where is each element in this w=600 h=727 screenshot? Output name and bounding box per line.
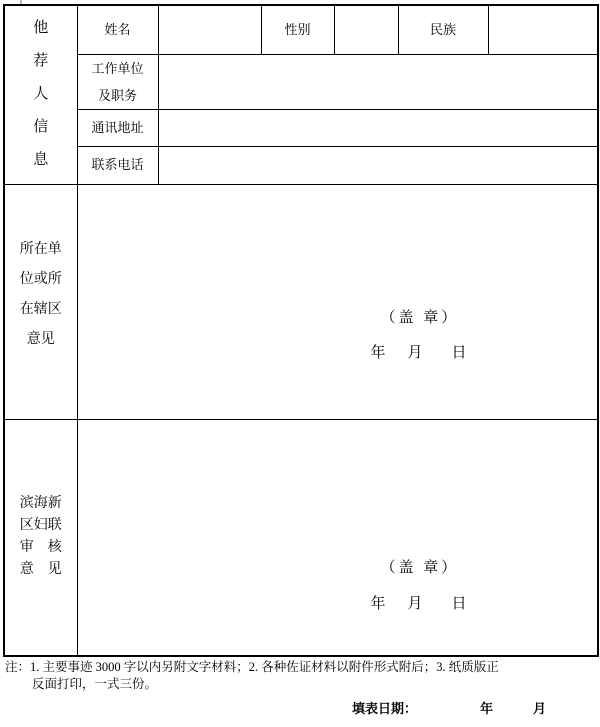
unit-opinion-label-line: 意见 xyxy=(5,325,77,355)
fulian-review-content-cell[interactable]: （盖 章） 年月日 xyxy=(77,419,598,656)
fill-date-line: 填表日期：年月 xyxy=(352,698,546,717)
recommender-info-section-label-cell: 他 荐 人 信 息 xyxy=(4,5,77,184)
name-label: 姓名 xyxy=(77,5,158,54)
month-label: 月 xyxy=(408,345,423,361)
vertical-label-char: 信 xyxy=(33,120,48,135)
work-unit-label-line1: 工作单位 xyxy=(78,55,158,82)
phone-value-cell[interactable] xyxy=(158,146,598,184)
unit-opinion-label-line: 所在单 xyxy=(5,235,77,265)
fulian-review-label-line: 滨海新 xyxy=(5,493,77,515)
footnote-line1: 注：1. 主要事迹 3000 字以内另附文字材料；2. 各种佐证材料以附件形式附… xyxy=(5,659,499,676)
year-label: 年 xyxy=(371,345,386,361)
unit-seal-placeholder: （盖 章） xyxy=(381,306,460,327)
unit-date-line: 年月日 xyxy=(371,341,467,362)
vertical-label-char: 荐 xyxy=(33,54,48,69)
address-value-cell[interactable] xyxy=(158,109,598,146)
fulian-review-label-line: 区妇联 xyxy=(5,515,77,537)
year-label: 年 xyxy=(371,596,386,612)
vertical-label-char: 他 xyxy=(33,21,48,36)
unit-opinion-content-cell[interactable]: （盖 章） 年月日 xyxy=(77,184,598,419)
fulian-review-label-line: 审 核 xyxy=(5,537,77,559)
gender-value-cell[interactable] xyxy=(334,5,398,54)
name-value-cell[interactable] xyxy=(158,5,261,54)
fulian-date-line: 年月日 xyxy=(371,592,467,613)
address-label: 通讯地址 xyxy=(77,109,158,146)
fulian-review-section-label-cell: 滨海新 区妇联 审 核 意 见 xyxy=(4,419,77,656)
work-unit-value-cell[interactable] xyxy=(158,54,598,109)
vertical-label-char: 息 xyxy=(33,153,48,168)
vertical-label-char: 人 xyxy=(33,87,48,102)
unit-opinion-label-line: 位或所 xyxy=(5,265,77,295)
work-unit-label-cell: 工作单位 及职务 xyxy=(77,54,158,109)
month-label: 月 xyxy=(408,596,423,612)
gender-label: 性别 xyxy=(261,5,334,54)
fill-date-month-label: 月 xyxy=(533,701,546,716)
ethnicity-label: 民族 xyxy=(398,5,488,54)
work-unit-label-line2: 及职务 xyxy=(78,82,158,109)
ethnicity-value-cell[interactable] xyxy=(488,5,598,54)
fulian-seal-placeholder: （盖 章） xyxy=(381,556,460,577)
recommender-info-vertical-label: 他 荐 人 信 息 xyxy=(5,21,77,168)
footnote-line2: 反面打印，一式三份。 xyxy=(32,676,499,693)
unit-opinion-label-line: 在辖区 xyxy=(5,295,77,325)
day-label: 日 xyxy=(452,345,467,361)
phone-label: 联系电话 xyxy=(77,146,158,184)
fulian-review-label-line: 意 见 xyxy=(5,559,77,581)
footnote: 注：1. 主要事迹 3000 字以内另附文字材料；2. 各种佐证材料以附件形式附… xyxy=(5,659,499,693)
unit-opinion-section-label-cell: 所在单 位或所 在辖区 意见 xyxy=(4,184,77,419)
recommendation-form-table: 他 荐 人 信 息 姓名 性别 民族 工作单位 及职务 通讯地址 xyxy=(3,4,599,657)
fill-date-year-label: 年 xyxy=(480,701,493,716)
fill-date-label: 填表日期： xyxy=(352,701,417,716)
day-label: 日 xyxy=(452,596,467,612)
